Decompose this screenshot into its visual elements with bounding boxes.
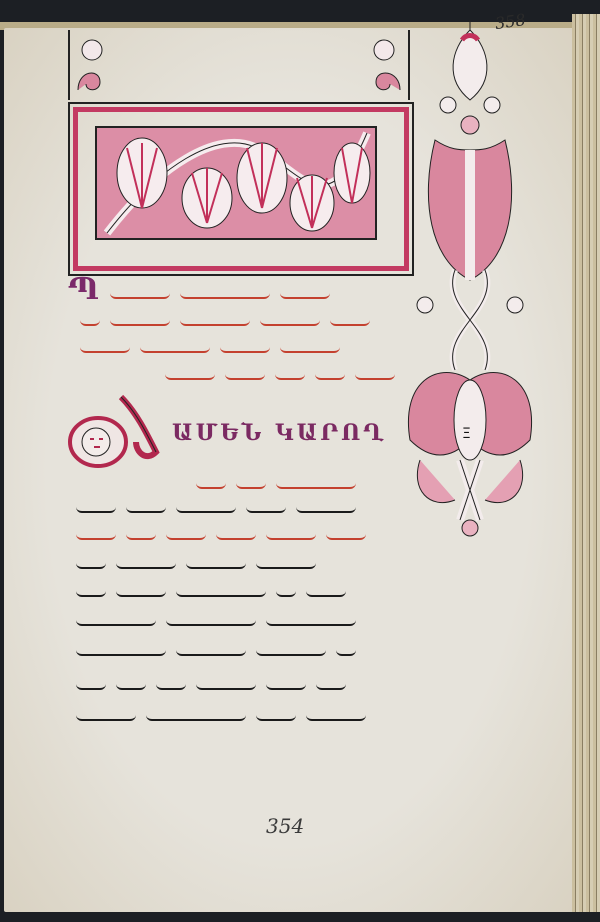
page-number: 354 — [266, 814, 304, 838]
rubric-line-2 — [80, 313, 400, 329]
rubric-line-1 — [110, 286, 400, 302]
body-line-7 — [76, 677, 406, 693]
headpiece-corner-left — [68, 30, 116, 100]
rubric-line-3 — [80, 340, 400, 356]
body-line-8 — [76, 708, 406, 724]
palmette-frieze — [95, 126, 377, 240]
marginal-ornament: Ξ — [400, 20, 540, 540]
rubric-initial: Պ — [68, 272, 99, 307]
rubric-line-4 — [165, 367, 405, 383]
body-line-2 — [76, 527, 406, 543]
body-line-1 — [76, 500, 406, 516]
body-line-3 — [76, 556, 406, 572]
body-line-4 — [76, 584, 406, 600]
page-stack-edges — [572, 14, 600, 912]
ornament-mark: Ξ — [462, 426, 471, 442]
display-capitals: ԱՄԵՆ ԿԱՐՈՂ — [172, 420, 386, 446]
headpiece — [68, 102, 414, 276]
body-line-6 — [76, 643, 406, 659]
dragon-initial — [66, 392, 166, 472]
red-subheading — [196, 476, 396, 492]
body-line-5 — [76, 613, 406, 629]
